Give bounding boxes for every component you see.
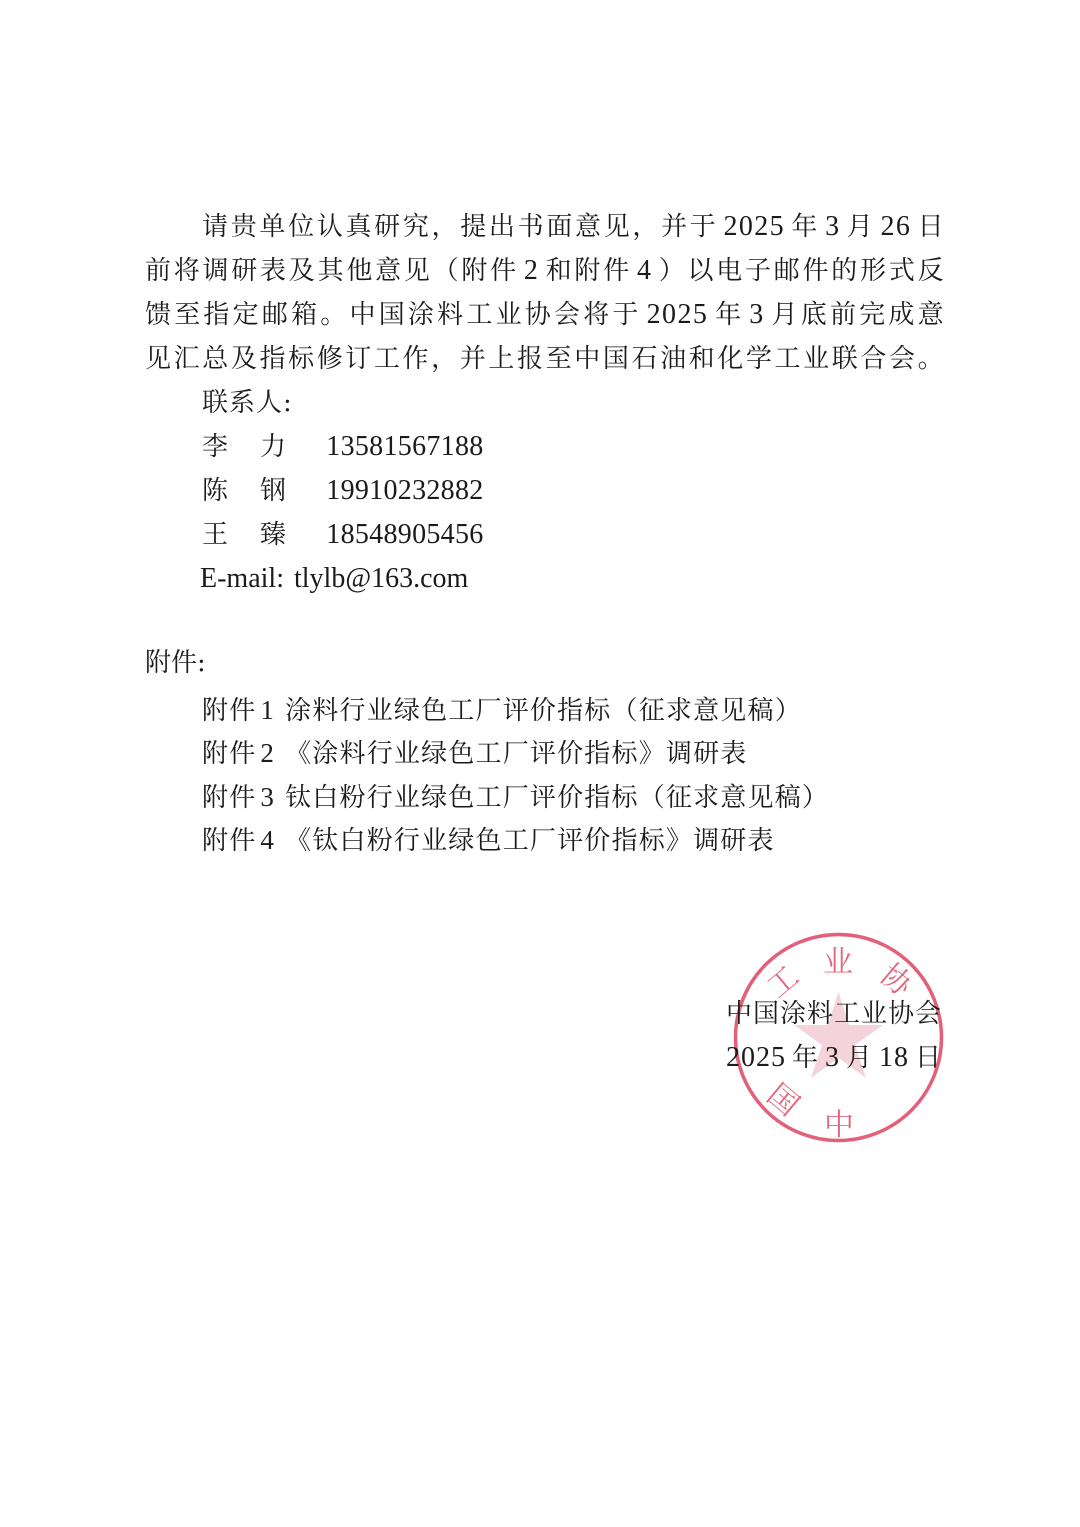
- date-month: 3: [825, 1042, 840, 1073]
- paragraph-line-1: 请贵单位认真研究，提出书面意见，并于2025年3月26日: [202, 205, 945, 249]
- attachment-item: 附件1涂料行业绿色工厂评价指标（征求意见稿）: [202, 688, 802, 733]
- text-run: 见汇总及指标修订工作，并上报至中国石油和化学工业联合会。: [145, 344, 945, 374]
- text-run: 和附件: [544, 256, 632, 286]
- text-run: 年: [790, 212, 820, 242]
- text-run: 馈至指定邮箱。中国涂料工业协会将于: [145, 300, 642, 330]
- seal-char: 业: [823, 945, 853, 980]
- name-char: 王: [202, 513, 260, 557]
- email-address[interactable]: tlylb@163.com: [294, 563, 468, 594]
- date-day: 18: [879, 1042, 909, 1073]
- contact-name: 王臻: [202, 513, 318, 557]
- attachments-heading: 附件:: [145, 641, 206, 685]
- text-run: 月: [846, 212, 876, 242]
- contact-row: 李力 13581567188: [202, 425, 484, 469]
- attachment-number: 3: [260, 782, 275, 812]
- paragraph-line-3: 馈至指定邮箱。中国涂料工业协会将于2025年3月底前完成意: [145, 293, 945, 337]
- attachment-prefix: 附件: [202, 783, 256, 813]
- attachment-title: 《钛白粉行业绿色工厂评价指标》调研表: [285, 826, 775, 856]
- month-number: 3: [825, 211, 840, 242]
- date-unit: 月: [846, 1043, 873, 1073]
- date-unit: 日: [915, 1043, 942, 1073]
- date-unit: 年: [792, 1043, 819, 1073]
- contact-name: 李力: [202, 425, 318, 469]
- name-char: 陈: [202, 469, 260, 513]
- name-char: 李: [202, 425, 260, 469]
- contact-name: 陈钢: [202, 469, 318, 513]
- year-number: 2025: [723, 211, 785, 242]
- text-run: 年: [713, 300, 744, 330]
- signature-organization: 中国涂料工业协会: [726, 992, 942, 1036]
- text-run: 前将调研表及其他意见（附件: [145, 256, 519, 286]
- email-row: E-mail:tlylb@163.com: [200, 557, 468, 601]
- name-char: 力: [260, 425, 318, 469]
- contact-row: 王臻 18548905456: [202, 513, 484, 557]
- date-year: 2025: [726, 1042, 786, 1073]
- attachment-prefix: 附件: [202, 739, 256, 769]
- day-number: 26: [881, 211, 912, 242]
- attachment-title: 钛白粉行业绿色工厂评价指标（征求意见稿）: [285, 783, 829, 813]
- paragraph-line-2: 前将调研表及其他意见（附件2和附件4）以电子邮件的形式反: [145, 249, 945, 293]
- attachment-item: 附件2《涂料行业绿色工厂评价指标》调研表: [202, 731, 748, 776]
- text-run: ）以电子邮件的形式反: [657, 256, 945, 286]
- attachment-ref-number: 4: [637, 255, 652, 286]
- attachment-number: 4: [260, 825, 275, 855]
- seal-char: 中: [824, 1108, 854, 1143]
- name-char: 钢: [260, 469, 318, 513]
- contact-row: 陈钢 19910232882: [202, 469, 484, 513]
- email-label: E-mail:: [200, 563, 284, 594]
- attachment-prefix: 附件: [202, 826, 256, 856]
- contacts-label: 联系人:: [202, 381, 293, 425]
- contact-phone: 13581567188: [326, 431, 483, 462]
- month-number: 3: [749, 299, 764, 330]
- attachment-title: 涂料行业绿色工厂评价指标（征求意见稿）: [285, 696, 802, 726]
- text-run: 请贵单位认真研究，提出书面意见，并于: [202, 212, 718, 242]
- attachment-number: 1: [260, 695, 275, 725]
- seal-char: 国: [760, 1077, 805, 1123]
- attachment-item: 附件3钛白粉行业绿色工厂评价指标（征求意见稿）: [202, 775, 829, 820]
- attachment-title: 《涂料行业绿色工厂评价指标》调研表: [285, 739, 747, 769]
- attachment-item: 附件4《钛白粉行业绿色工厂评价指标》调研表: [202, 818, 775, 863]
- contact-phone: 18548905456: [326, 519, 483, 550]
- contact-phone: 19910232882: [326, 475, 483, 506]
- name-char: 臻: [260, 513, 318, 557]
- text-run: 日: [916, 212, 945, 242]
- signature-date: 2025年3月18日: [726, 1036, 942, 1080]
- attachment-number: 2: [260, 738, 275, 768]
- document-page: 请贵单位认真研究，提出书面意见，并于2025年3月26日 前将调研表及其他意见（…: [0, 0, 1080, 1527]
- attachment-ref-number: 2: [524, 255, 539, 286]
- paragraph-line-4: 见汇总及指标修订工作，并上报至中国石油和化学工业联合会。: [145, 337, 945, 381]
- year-number: 2025: [647, 299, 709, 330]
- text-run: 月底前完成意: [770, 300, 945, 330]
- attachment-prefix: 附件: [202, 696, 256, 726]
